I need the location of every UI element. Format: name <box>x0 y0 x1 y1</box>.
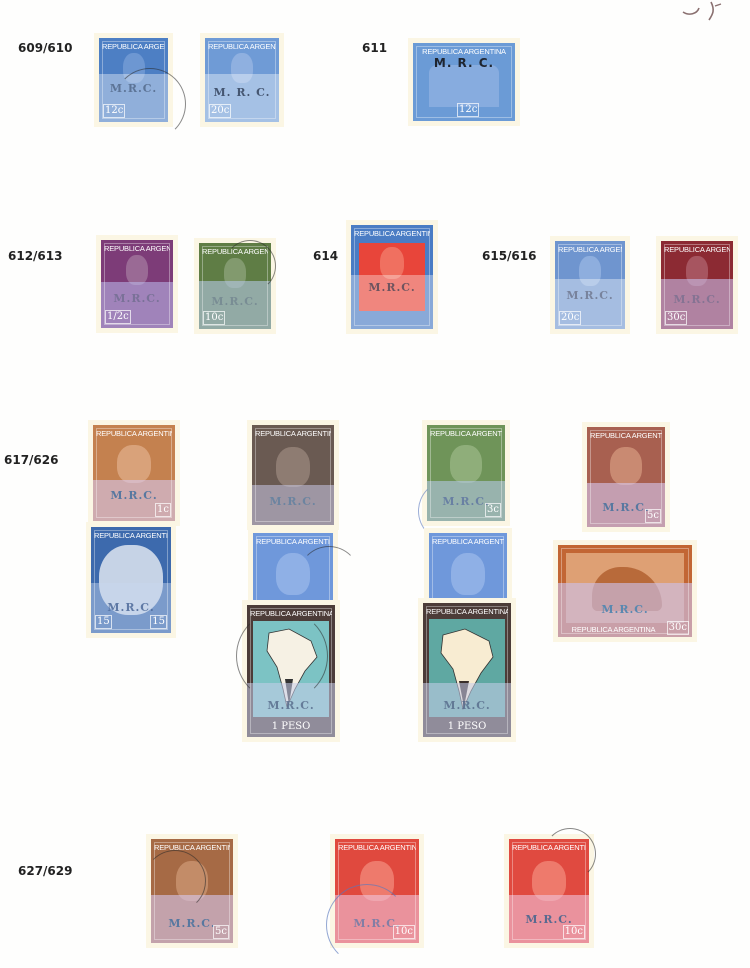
stamp-header: REPUBLICA ARGENTINA <box>432 536 504 547</box>
denomination: 30c <box>667 621 689 635</box>
catalog-label-611: 611 <box>362 41 387 55</box>
denomination: 1 PESO <box>251 721 331 733</box>
stamp-header: REPUBLICA ARGENTINA <box>430 428 502 439</box>
denomination: 20c <box>559 311 581 325</box>
pencil-annotation-icon <box>675 0 745 22</box>
catalog-label-617-626: 617/626 <box>4 453 58 467</box>
stamp-header: REPUBLICA ARGENTINA <box>94 530 168 541</box>
portrait-image <box>451 553 485 595</box>
stamp-header: REPUBLICA ARGENTINA <box>426 606 508 617</box>
stamp-626[interactable]: REPUBLICA ARGENTINA M.R.C. 1 PESO <box>418 598 516 742</box>
stamp-620[interactable]: REPUBLICA ARGENTINA M.R.C. 5c <box>582 422 670 532</box>
stamp-627[interactable]: REPUBLICA ARGENTINA M.R.C. 5c <box>146 834 238 948</box>
stamp-header: REPUBLICA ARGENTINA <box>104 243 170 254</box>
portrait-image <box>450 445 482 483</box>
stamp-header: REPUBLICA ARGENTINA <box>664 244 730 255</box>
denomination: 5c <box>213 925 229 939</box>
overprint: M. R. C. <box>413 56 515 70</box>
denomination: 30c <box>665 311 687 325</box>
portrait-image <box>276 447 310 487</box>
denomination: 12c <box>103 104 125 118</box>
overprint: M.R.C. <box>351 281 433 294</box>
stamp-header: REPUBLICA ARGENTINA <box>250 608 332 619</box>
stamp-614[interactable]: REPUBLICA ARGENTINA M.R.C. <box>346 220 438 334</box>
denomination: 1c <box>155 503 171 517</box>
stamp-617[interactable]: REPUBLICA ARGENTINA M.R.C. 1c <box>88 420 180 526</box>
overprint: M.R.C. <box>661 293 733 306</box>
building-image <box>429 65 499 107</box>
denomination-right: 15 <box>150 615 167 629</box>
overprint: M.R.C. <box>199 295 271 308</box>
stamp-header: REPUBLICA ARGENTINA <box>558 244 622 255</box>
stamp-619[interactable]: REPUBLICA ARGENTINA M.R.C. 3c <box>422 420 510 526</box>
stamp-header: REPUBLICA ARGENTINA <box>354 228 430 239</box>
stamp-611[interactable]: REPUBLICA ARGENTINA M. R. C. 12c <box>408 38 520 126</box>
portrait-image <box>117 445 151 483</box>
stamp-footer: REPUBLICA ARGENTINA <box>561 624 666 635</box>
stamp-624[interactable]: LANAS M.R.C. REPUBLICA ARGENTINA 30c <box>553 540 697 642</box>
catalog-label-627-629: 627/629 <box>18 864 72 878</box>
stamp-615[interactable]: REPUBLICA ARGENTINA M.R.C. 20c <box>550 236 630 334</box>
stamp-625[interactable]: REPUBLICA ARGENTINA M.R.C. 1 PESO <box>242 600 340 742</box>
catalog-label-612-613: 612/613 <box>8 249 62 263</box>
stamp-612[interactable]: REPUBLICA ARGENTINA M.R.C. 1/2c <box>96 235 178 333</box>
stamp-610[interactable]: REPUBLICA ARGENTINA M. R. C. 20c <box>200 33 284 127</box>
denomination: 10c <box>203 311 225 325</box>
denomination: 12c <box>457 103 479 117</box>
stamp-621[interactable]: REPUBLICA ARGENTINA M.R.C. 15 15 <box>86 522 176 638</box>
catalog-label-609-610: 609/610 <box>18 41 72 55</box>
catalog-label-614: 614 <box>313 249 338 263</box>
portrait-image <box>276 553 310 595</box>
stamp-616[interactable]: REPUBLICA ARGENTINA M.R.C. 30c <box>656 236 738 334</box>
stamp-613[interactable]: REPUBLICA ARGENTINA M.R.C. 10c <box>194 238 276 334</box>
stamp-618[interactable]: REPUBLICA ARGENTINA M.R.C. <box>247 420 339 530</box>
stamp-629[interactable]: REPUBLICA ARGENTINA M.R.C. 10c <box>504 834 594 948</box>
stamp-header: REPUBLICA ARGENTINA <box>102 41 165 52</box>
denomination: 3c <box>485 503 501 517</box>
catalog-label-615-616: 615/616 <box>482 249 536 263</box>
stamp-628[interactable]: REPUBLICA ARGENTINA M.R.C. 10c <box>330 834 424 948</box>
overprint: M. R. C. <box>205 86 279 99</box>
stamp-header: REPUBLICA ARGENTINA <box>208 41 276 52</box>
overprint: M.R.C. <box>555 289 625 302</box>
album-page: 609/610 611 612/613 614 615/616 617/626 … <box>0 0 750 968</box>
overprint: M.R.C. <box>252 495 334 508</box>
stamp-header: REPUBLICA ARGENTINA <box>256 536 330 547</box>
denomination: 5c <box>645 509 661 523</box>
denomination: 15 <box>95 615 112 629</box>
denomination: 10c <box>393 925 415 939</box>
stamp-header: REPUBLICA ARGENTINA <box>255 428 331 439</box>
overprint: M.R.C. <box>91 601 171 614</box>
portrait-image <box>126 255 148 285</box>
denomination: 1 PESO <box>427 721 507 733</box>
stamp-header: REPUBLICA ARGENTINA <box>338 842 416 853</box>
overprint: M.R.C. <box>101 292 173 305</box>
stamp-header: REPUBLICA ARGENTINA <box>590 430 662 441</box>
stamp-609[interactable]: REPUBLICA ARGENTINA M.R.C. 12c <box>94 33 173 127</box>
stamp-header: REPUBLICA ARGENTINA <box>512 842 586 853</box>
overprint: M.R.C. <box>423 699 511 712</box>
stamp-header: REPUBLICA ARGENTINA <box>202 246 268 257</box>
portrait-image <box>610 447 642 485</box>
stamp-header: REPUBLICA ARGENTINA <box>96 428 172 439</box>
denomination: 10c <box>563 925 585 939</box>
stamp-header: REPUBLICA ARGENTINA <box>154 842 230 853</box>
overprint: M.R.C. <box>99 82 168 95</box>
overprint: M.R.C. <box>247 699 335 712</box>
overprint: M.R.C. <box>558 603 692 616</box>
denomination: 1/2c <box>105 310 131 324</box>
overprint: M.R.C. <box>93 489 175 502</box>
denomination: 20c <box>209 104 231 118</box>
